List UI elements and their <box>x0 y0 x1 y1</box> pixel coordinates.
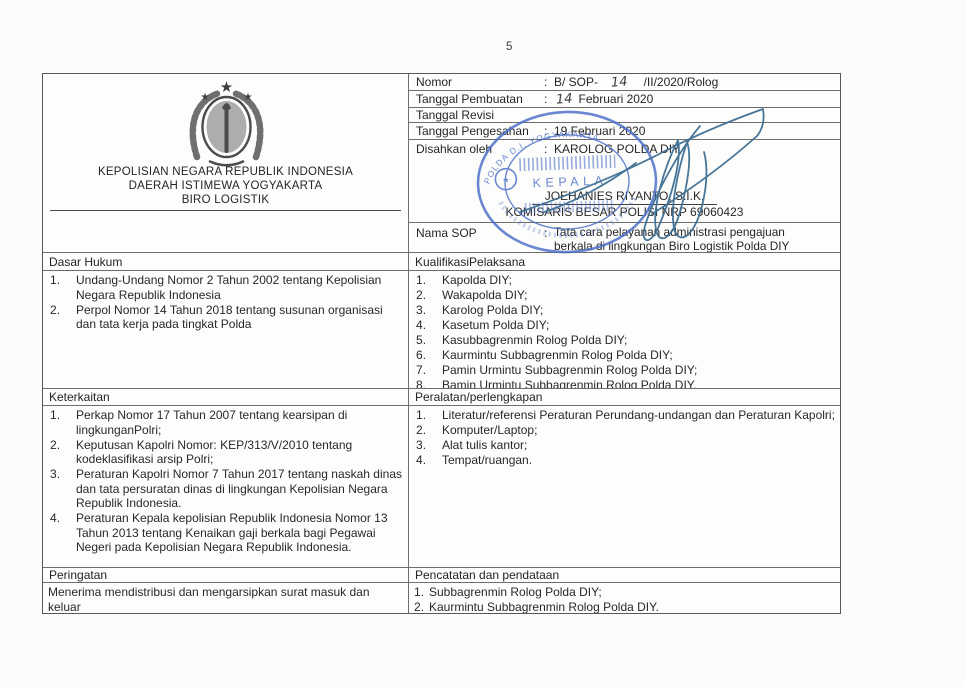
meta-row-disahkan-oleh: Disahkan oleh : KAROLOG POLDA DIY JOEHAN… <box>409 140 840 223</box>
list-item: Peraturan Kapolri Nomor 7 Tahun 2017 ten… <box>48 467 404 511</box>
nomor-handwritten-number: 14 <box>611 74 629 90</box>
signatory-block: JOEHANIES RIYANTO, S.I.K. KOMISARIS BESA… <box>409 190 840 219</box>
peringatan-text: Menerima mendistribusi dan mengarsipkan … <box>48 585 386 613</box>
disahkan-oleh-label: Disahkan oleh <box>416 142 544 156</box>
tanggal-pembuatan-separator: : <box>544 92 554 106</box>
signatory-rank-nrp: KOMISARIS BESAR POLISI NRP 69060423 <box>409 206 840 219</box>
tanggal-pengesahan-value: 19 Februari 2020 <box>554 124 645 138</box>
section-title-peringatan: Peringatan <box>43 568 409 583</box>
nama-sop-label: Nama SOP <box>416 226 544 240</box>
section-title-keterkaitan: Keterkaitan <box>43 389 409 406</box>
tanggal-pembuatan-value: 14Februari 2020 <box>554 92 653 107</box>
list-item: Bamin Urmintu Subbagrenmin Rolog Polda D… <box>414 378 836 389</box>
list-item: Pamin Urmintu Subbagrenmin Rolog Polda D… <box>414 363 836 378</box>
peringatan-content: Menerima mendistribusi dan mengarsipkan … <box>43 583 409 613</box>
section-title-dasar-hukum: Dasar Hukum <box>43 253 409 271</box>
nomor-suffix: /II/2020/Rolog <box>644 75 719 89</box>
dasar-hukum-content: Undang-Undang Nomor 2 Tahun 2002 tentang… <box>43 271 409 389</box>
list-item: Kasetum Polda DIY; <box>414 318 836 333</box>
section-title-pencatatan: Pencatatan dan pendataan <box>409 568 840 583</box>
disahkan-oleh-separator: : <box>544 142 554 156</box>
tanggal-pengesahan-label: Tanggal Pengesahan <box>416 124 544 138</box>
meta-row-tanggal-pengesahan: Tanggal Pengesahan : 19 Februari 2020 <box>409 123 840 140</box>
list-item: Karolog Polda DIY; <box>414 303 836 318</box>
org-name-line1: KEPOLISIAN NEGARA REPUBLIK INDONESIA <box>98 166 353 180</box>
org-name-line3: BIRO LOGISTIK <box>182 194 270 208</box>
meta-row-nama-sop: Nama SOP : Tata cara pelayanan administr… <box>409 223 840 253</box>
org-header-cell: KEPOLISIAN NEGARA REPUBLIK INDONESIA DAE… <box>43 74 409 253</box>
tanggal-pengesahan-separator: : <box>544 124 554 138</box>
nama-sop-value: Tata cara pelayanan administrasi pengaju… <box>554 226 816 253</box>
emblem-space <box>43 74 408 166</box>
list-item: Undang-Undang Nomor 2 Tahun 2002 tentang… <box>48 273 404 302</box>
list-item: Keputusan Kapolri Nomor: KEP/313/V/2010 … <box>48 438 404 467</box>
list-item: Peraturan Kepala kepolisian Republik Ind… <box>48 511 404 555</box>
list-item: Tempat/ruangan. <box>414 453 836 468</box>
tanggal-revisi-label: Tanggal Revisi <box>416 108 544 122</box>
meta-row-nomor: Nomor : B/ SOP-14/II/2020/Rolog <box>409 74 840 91</box>
nomor-prefix: B/ SOP- <box>554 75 598 89</box>
nomor-value: B/ SOP-14/II/2020/Rolog <box>554 75 718 90</box>
dasar-hukum-list: Undang-Undang Nomor 2 Tahun 2002 tentang… <box>48 273 404 332</box>
list-item: Kaurmintu Subbagrenmin Rolog Polda DIY; <box>414 348 836 363</box>
kualifikasi-pelaksana-list: Kapolda DIY; Wakapolda DIY; Karolog Pold… <box>414 273 836 389</box>
section-title-kualifikasi-pelaksana: KualifikasiPelaksana <box>409 253 840 271</box>
keterkaitan-content: Perkap Nomor 17 Tahun 2007 tentang kears… <box>43 406 409 568</box>
list-item: Kaurmintu Subbagrenmin Rolog Polda DIY. <box>414 600 836 613</box>
org-name-line2: DAERAH ISTIMEWA YOGYAKARTA <box>129 180 323 194</box>
list-item: Kapolda DIY; <box>414 273 836 288</box>
peralatan-content: Literatur/referensi Peraturan Perundang-… <box>409 406 840 568</box>
nomor-separator: : <box>544 75 554 89</box>
org-underline <box>50 210 401 211</box>
disahkan-oleh-value: KAROLOG POLDA DIY <box>554 142 680 156</box>
sop-meta-cell: Nomor : B/ SOP-14/II/2020/Rolog Tanggal … <box>409 74 840 253</box>
list-item: Komputer/Laptop; <box>414 423 836 438</box>
list-item: Perpol Nomor 14 Tahun 2018 tentang susun… <box>48 303 404 332</box>
list-item: Alat tulis kantor; <box>414 438 836 453</box>
meta-row-tanggal-revisi: Tanggal Revisi <box>409 108 840 123</box>
signatory-name: JOEHANIES RIYANTO, S.I.K. <box>532 190 718 205</box>
nomor-label: Nomor <box>416 75 544 89</box>
pencatatan-content: Subbagrenmin Rolog Polda DIY; Kaurmintu … <box>409 583 840 613</box>
list-item: Perkap Nomor 17 Tahun 2007 tentang kears… <box>48 408 404 437</box>
document-page: 5 KEPOLISIAN NEGARA REPUBLIK INDONESIA D… <box>0 0 966 687</box>
section-title-peralatan: Peralatan/perlengkapan <box>409 389 840 406</box>
keterkaitan-list: Perkap Nomor 17 Tahun 2007 tentang kears… <box>48 408 404 555</box>
nama-sop-separator: : <box>544 226 554 240</box>
sop-header-table: KEPOLISIAN NEGARA REPUBLIK INDONESIA DAE… <box>42 73 841 614</box>
tanggal-pembuatan-suffix: Februari 2020 <box>579 92 654 106</box>
list-item: Literatur/referensi Peraturan Perundang-… <box>414 408 836 423</box>
page-number: 5 <box>506 41 512 53</box>
meta-row-tanggal-pembuatan: Tanggal Pembuatan : 14Februari 2020 <box>409 91 840 108</box>
tanggal-pembuatan-handwritten-number: 14 <box>555 91 573 107</box>
list-item: Kasubbagrenmin Rolog Polda DIY; <box>414 333 836 348</box>
peralatan-list: Literatur/referensi Peraturan Perundang-… <box>414 408 836 468</box>
list-item: Subbagrenmin Rolog Polda DIY; <box>414 585 836 600</box>
kualifikasi-pelaksana-content: Kapolda DIY; Wakapolda DIY; Karolog Pold… <box>409 271 840 389</box>
list-item: Wakapolda DIY; <box>414 288 836 303</box>
tanggal-pembuatan-label: Tanggal Pembuatan <box>416 92 544 106</box>
pencatatan-list: Subbagrenmin Rolog Polda DIY; Kaurmintu … <box>414 585 836 613</box>
